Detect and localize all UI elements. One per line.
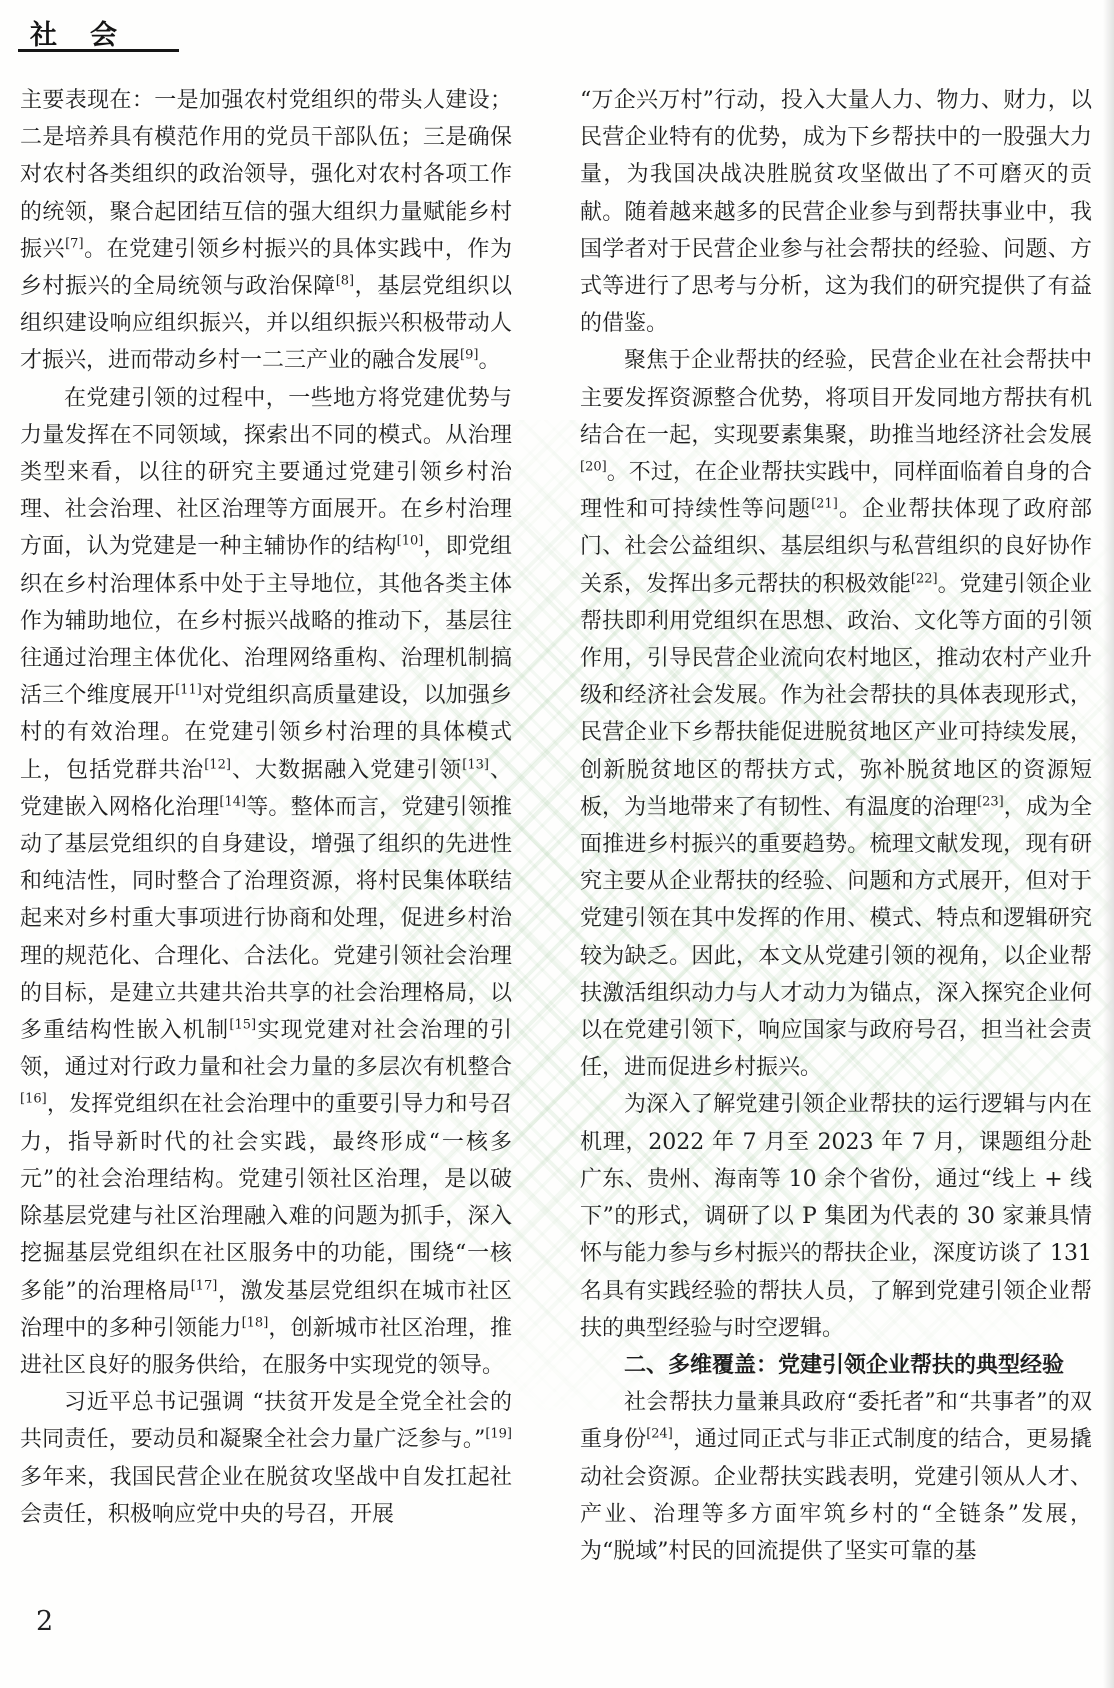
citation-ref: [7]	[65, 236, 83, 251]
citation-ref: [16]	[20, 1092, 47, 1107]
section-heading: 二、多维覆盖：党建引领企业帮扶的典型经验	[580, 1347, 1092, 1384]
paragraph: 聚焦于企业帮扶的经验，民营企业在社会帮扶中主要发挥资源整合优势，将项目开发同地方…	[580, 342, 1092, 1086]
citation-ref: [11]	[175, 683, 202, 698]
paragraph: “万企兴万村”行动，投入大量人力、物力、财力，以民营企业特有的优势，成为下乡帮扶…	[580, 82, 1092, 342]
citation-ref: [12]	[204, 757, 231, 772]
citation-ref: [21]	[811, 497, 838, 512]
citation-ref: [18]	[242, 1315, 269, 1330]
citation-ref: [20]	[580, 460, 607, 475]
citation-ref: [8]	[336, 274, 354, 289]
scan-edge-shade	[1103, 0, 1114, 1688]
column-right: “万企兴万村”行动，投入大量人力、物力、财力，以民营企业特有的优势，成为下乡帮扶…	[580, 82, 1092, 1612]
paragraph: 在党建引领的过程中，一些地方将党建优势与力量发挥在不同领域，探索出不同的模式。从…	[20, 380, 512, 1384]
header-rule	[18, 49, 179, 52]
journal-section-header: 社 会	[30, 13, 120, 52]
journal-page: 社 会 主要表现在：一是加强农村党组织的带头人建设；二是培养具有模范作用的党员干…	[0, 0, 1114, 1688]
citation-ref: [9]	[460, 348, 478, 363]
citation-ref: [19]	[485, 1427, 512, 1442]
column-left: 主要表现在：一是加强农村党组织的带头人建设；二是培养具有模范作用的党员干部队伍；…	[20, 82, 512, 1612]
citation-ref: [15]	[229, 1018, 256, 1033]
paragraph: 主要表现在：一是加强农村党组织的带头人建设；二是培养具有模范作用的党员干部队伍；…	[20, 82, 512, 380]
citation-ref: [17]	[191, 1278, 218, 1293]
citation-ref: [13]	[462, 757, 489, 772]
citation-ref: [23]	[977, 795, 1004, 810]
citation-ref: [24]	[646, 1427, 673, 1442]
page-number: 2	[36, 1606, 53, 1637]
paragraph: 习近平总书记强调 “扶贫开发是全党全社会的共同责任，要动员和凝聚全社会力量广泛参…	[20, 1384, 512, 1533]
citation-ref: [22]	[911, 571, 938, 586]
paragraph: 为深入了解党建引领企业帮扶的运行逻辑与内在机理，2022 年 7 月至 2023…	[580, 1086, 1092, 1346]
citation-ref: [14]	[219, 795, 246, 810]
citation-ref: [10]	[397, 534, 424, 549]
paragraph: 社会帮扶力量兼具政府“委托者”和“共事者”的双重身份[24]，通过同正式与非正式…	[580, 1384, 1092, 1570]
